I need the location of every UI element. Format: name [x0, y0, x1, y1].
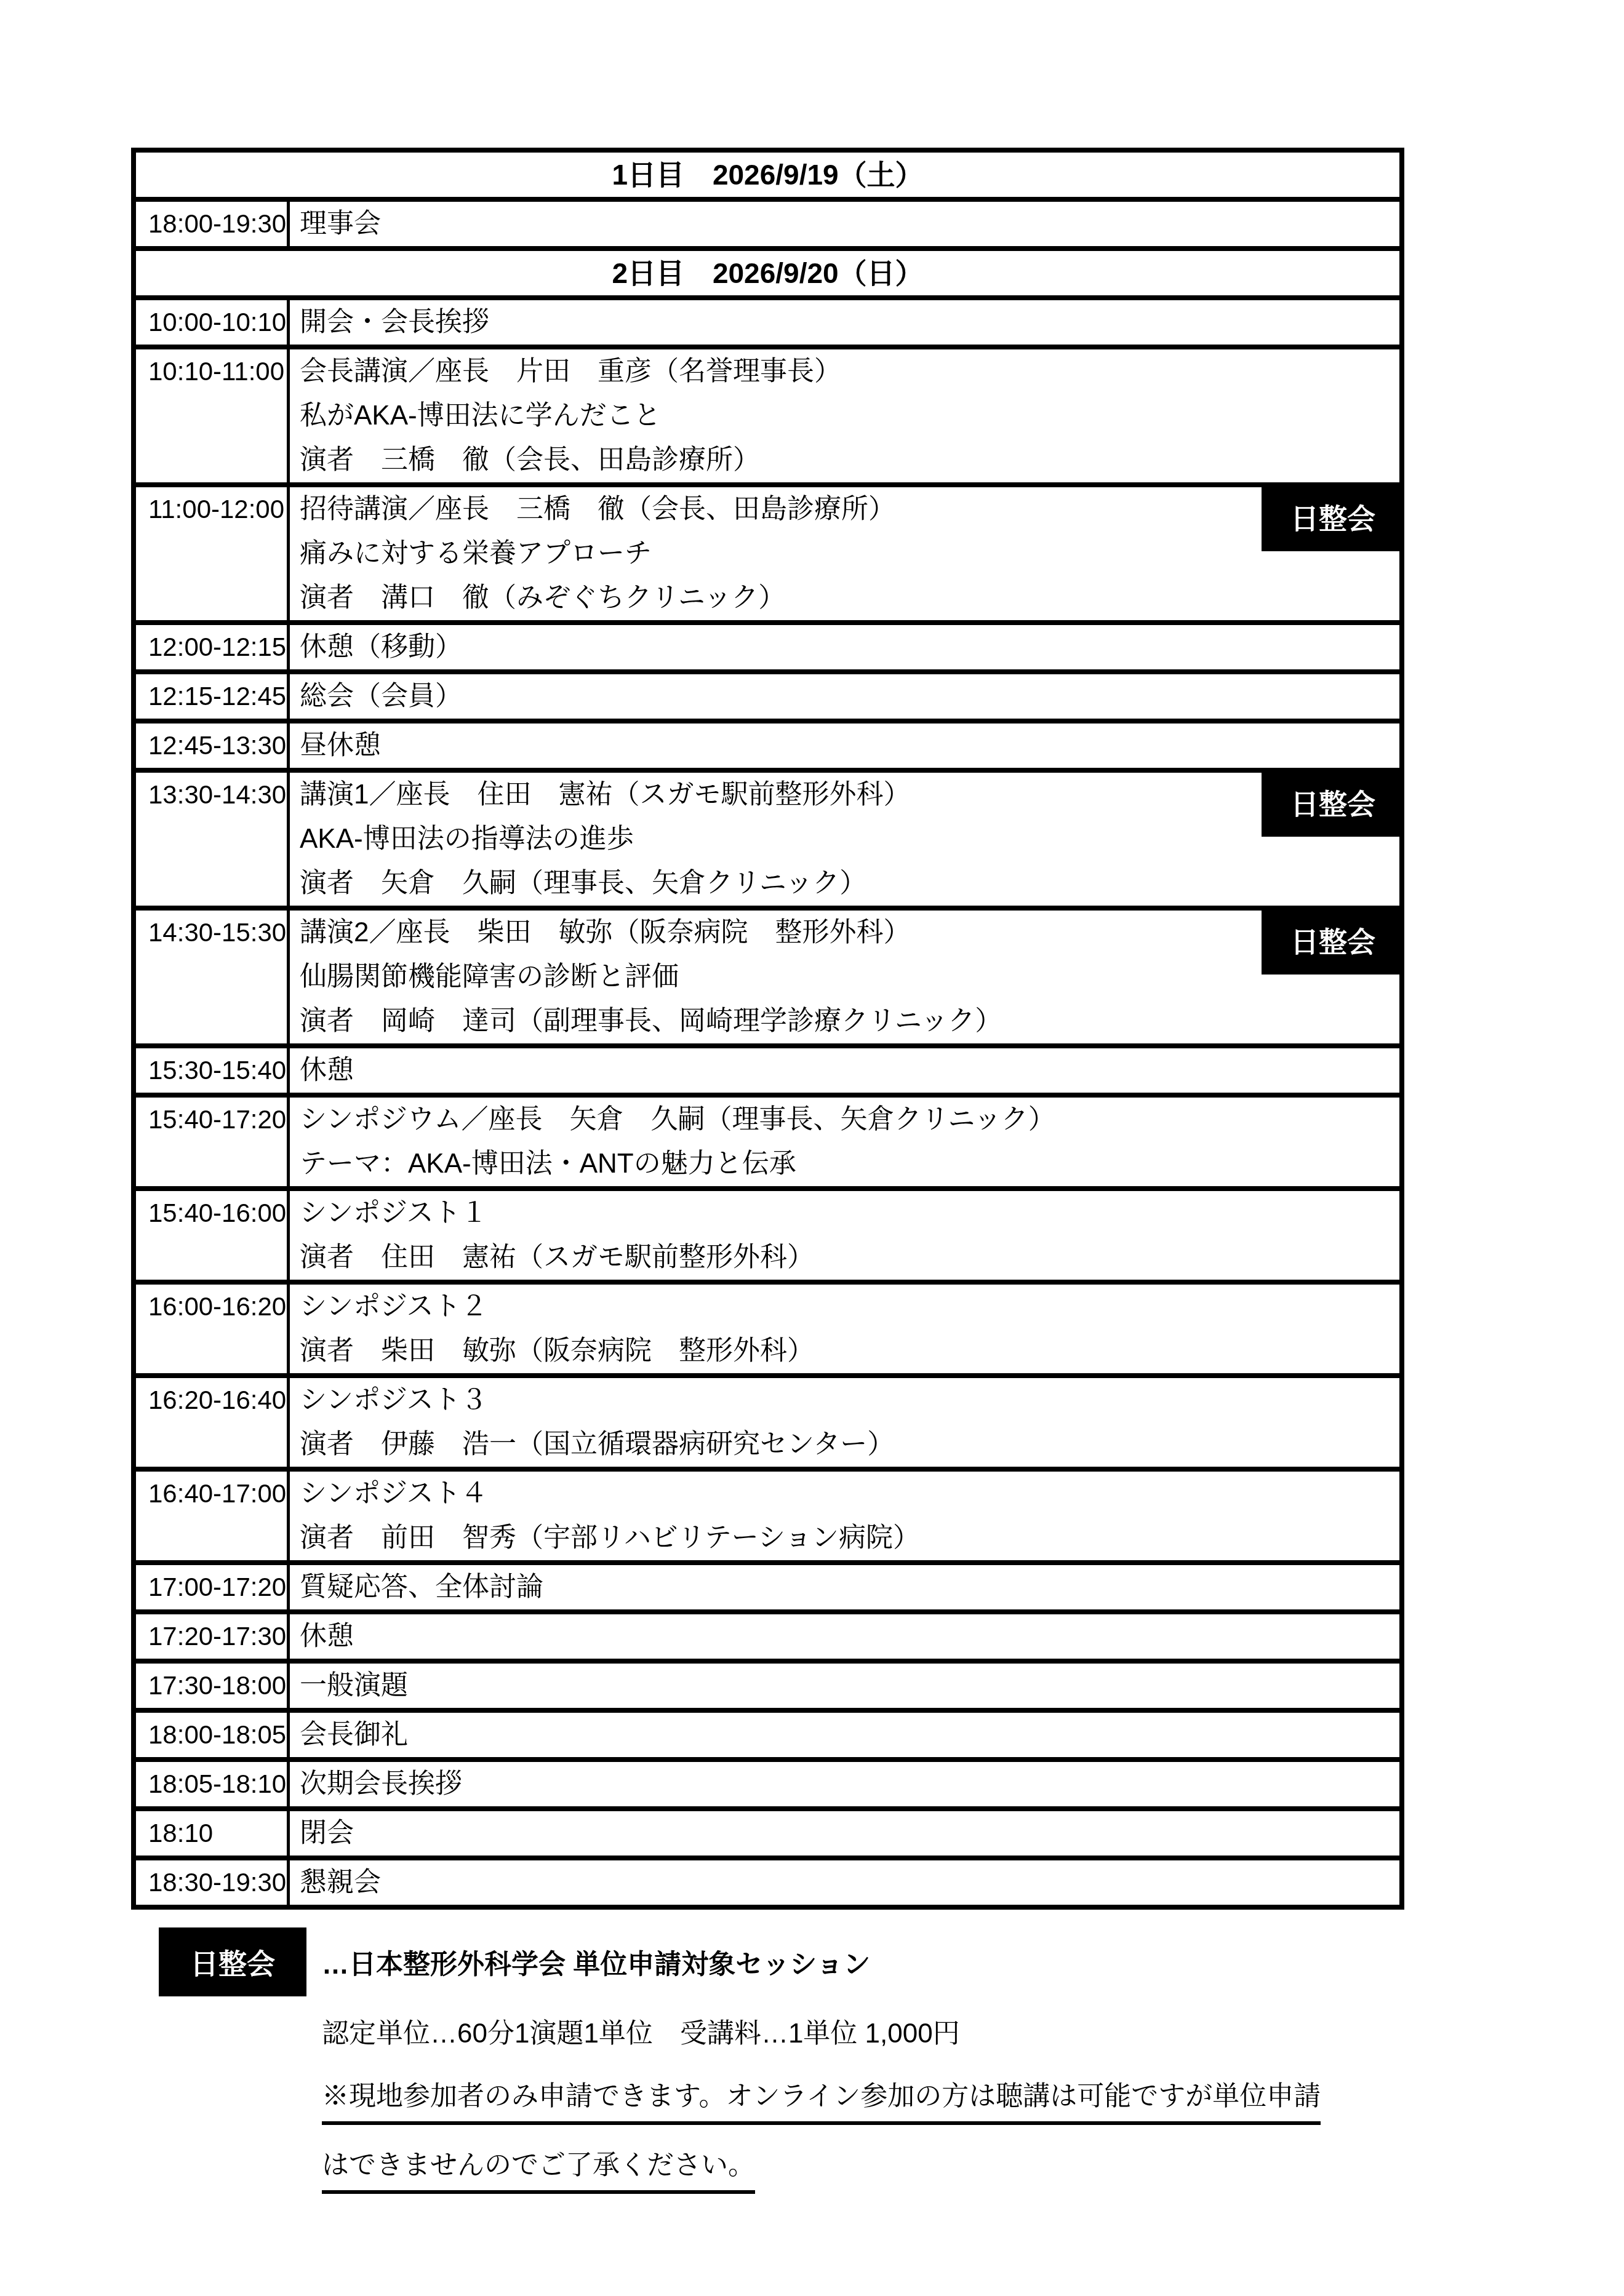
content-cell: 開会・会長挨拶 [290, 300, 1399, 345]
content-cell: 一般演題 [290, 1664, 1399, 1708]
time-cell: 12:15-12:45 [136, 674, 290, 719]
content-cell: 理事会 [290, 202, 1399, 246]
session-line: 演者 溝口 徹（みぞぐちクリニック） [300, 576, 1399, 620]
time-cell: 15:40-16:00 [136, 1191, 290, 1280]
content-cell: 昼休憩 [290, 723, 1399, 768]
session-line: 演者 岡崎 達司（副理事長、岡崎理学診療クリニック） [300, 999, 1399, 1043]
session-line: 休憩 [300, 1048, 1399, 1093]
content-cell: 講演1／座長 住田 憲祐（スガモ駅前整形外科）AKA-博田法の指導法の進歩演者 … [290, 773, 1399, 906]
time-cell: 18:00-19:30 [136, 202, 290, 246]
session-line: 演者 伊藤 浩一（国立循環器病研究センター） [300, 1422, 1399, 1467]
day-header-row: 2日目 2026/9/20（日） [136, 251, 1399, 300]
session-line: テーマ：AKA-博田法・ANTの魅力と伝承 [300, 1142, 1399, 1186]
page: { "schedule": { "badge_label": "日整会", "r… [0, 0, 1624, 2296]
session-line: 演者 住田 憲祐（スガモ駅前整形外科） [300, 1235, 1399, 1280]
time-cell: 16:00-16:20 [136, 1285, 290, 1373]
legend-credit-text: 認定単位…60分1演題1単位 受講料…1単位 1,000円 [322, 2011, 960, 2051]
session-line: 演者 矢倉 久嗣（理事長、矢倉クリニック） [300, 861, 1399, 906]
session-line: 休憩 [300, 1614, 1399, 1659]
content-cell: 総会（会員） [290, 674, 1399, 719]
schedule-row: 10:00-10:10開会・会長挨拶 [136, 300, 1399, 349]
content-cell: 休憩 [290, 1614, 1399, 1659]
session-line: シンポジスト２ [300, 1285, 1399, 1329]
time-cell: 12:00-12:15 [136, 625, 290, 669]
legend-nichi-seikai-badge: 日整会 [159, 1927, 306, 1996]
content-cell: 休憩 [290, 1048, 1399, 1093]
time-cell: 17:30-18:00 [136, 1664, 290, 1708]
content-cell: シンポジウム／座長 矢倉 久嗣（理事長、矢倉クリニック）テーマ：AKA-博田法・… [290, 1098, 1399, 1186]
time-cell: 16:40-17:00 [136, 1472, 290, 1560]
content-cell: 次期会長挨拶 [290, 1762, 1399, 1806]
session-line: 一般演題 [300, 1664, 1399, 1708]
session-line: シンポジスト１ [300, 1191, 1399, 1235]
legend-note-line-2: はできませんのでご了承ください。 [322, 2134, 1321, 2203]
schedule-row: 15:30-15:40休憩 [136, 1048, 1399, 1098]
session-line: 開会・会長挨拶 [300, 300, 1399, 345]
session-line: 仙腸関節機能障害の診断と評価 [300, 955, 1399, 999]
session-line: 質疑応答、全体討論 [300, 1565, 1399, 1609]
schedule-row: 12:15-12:45総会（会員） [136, 674, 1399, 723]
session-line: シンポジウム／座長 矢倉 久嗣（理事長、矢倉クリニック） [300, 1098, 1399, 1142]
content-cell: 招待講演／座長 三橋 徹（会長、田島診療所）痛みに対する栄養アプローチ演者 溝口… [290, 487, 1399, 620]
schedule-row: 18:00-18:05会長御礼 [136, 1713, 1399, 1762]
schedule-row: 12:00-12:15休憩（移動） [136, 625, 1399, 674]
content-cell: シンポジスト１演者 住田 憲祐（スガモ駅前整形外科） [290, 1191, 1399, 1280]
session-line: 昼休憩 [300, 723, 1399, 768]
schedule-row: 18:10閉会 [136, 1811, 1399, 1860]
schedule-row: 14:30-15:30講演2／座長 柴田 敏弥（阪奈病院 整形外科）仙腸関節機能… [136, 911, 1399, 1048]
schedule-row: 18:30-19:30懇親会 [136, 1860, 1399, 1905]
time-cell: 16:20-16:40 [136, 1378, 290, 1467]
schedule-row: 16:00-16:20シンポジスト２演者 柴田 敏弥（阪奈病院 整形外科） [136, 1285, 1399, 1378]
nichi-seikai-badge: 日整会 [1262, 768, 1404, 837]
session-line: 閉会 [300, 1811, 1399, 1856]
schedule-row: 18:00-19:30理事会 [136, 202, 1399, 251]
schedule-row: 10:10-11:00会長講演／座長 片田 重彦（名誉理事長）私がAKA-博田法… [136, 349, 1399, 487]
session-line: 休憩（移動） [300, 625, 1399, 669]
session-line: 痛みに対する栄養アプローチ [300, 532, 1399, 576]
time-cell: 15:40-17:20 [136, 1098, 290, 1186]
time-cell: 10:10-11:00 [136, 349, 290, 482]
content-cell: 休憩（移動） [290, 625, 1399, 669]
schedule-row: 12:45-13:30昼休憩 [136, 723, 1399, 773]
content-cell: 講演2／座長 柴田 敏弥（阪奈病院 整形外科）仙腸関節機能障害の診断と評価演者 … [290, 911, 1399, 1043]
time-cell: 17:20-17:30 [136, 1614, 290, 1659]
session-line: AKA-博田法の指導法の進歩 [300, 817, 1399, 861]
time-cell: 18:30-19:30 [136, 1860, 290, 1905]
schedule-row: 17:30-18:00一般演題 [136, 1664, 1399, 1713]
legend-note-text-1: ※現地参加者のみ申請できます。オンライン参加の方は聴講は可能ですが単位申請 [322, 2075, 1321, 2125]
legend-note-text-2: はできませんのでご了承ください。 [322, 2143, 755, 2194]
time-cell: 13:30-14:30 [136, 773, 290, 906]
time-cell: 18:00-18:05 [136, 1713, 290, 1757]
session-line: 総会（会員） [300, 674, 1399, 719]
legend: …日本整形外科学会 単位申請対象セッション 認定単位…60分1演題1単位 受講料… [322, 1927, 1321, 2203]
content-cell: 会長講演／座長 片田 重彦（名誉理事長）私がAKA-博田法に学んだこと演者 三橋… [290, 349, 1399, 482]
schedule-row: 15:40-16:00シンポジスト１演者 住田 憲祐（スガモ駅前整形外科） [136, 1191, 1399, 1285]
time-cell: 14:30-15:30 [136, 911, 290, 1043]
schedule-row: 15:40-17:20シンポジウム／座長 矢倉 久嗣（理事長、矢倉クリニック）テ… [136, 1098, 1399, 1191]
session-line: シンポジスト４ [300, 1472, 1399, 1516]
legend-credit-line: 認定単位…60分1演題1単位 受講料…1単位 1,000円 [322, 1996, 1321, 2065]
time-cell: 15:30-15:40 [136, 1048, 290, 1093]
session-line: 次期会長挨拶 [300, 1762, 1399, 1806]
schedule-row: 11:00-12:00招待講演／座長 三橋 徹（会長、田島診療所）痛みに対する栄… [136, 487, 1399, 625]
session-line: 招待講演／座長 三橋 徹（会長、田島診療所） [300, 487, 1399, 532]
legend-title: …日本整形外科学会 単位申請対象セッション [322, 1942, 870, 1982]
time-cell: 12:45-13:30 [136, 723, 290, 768]
content-cell: 懇親会 [290, 1860, 1399, 1905]
legend-title-line: …日本整形外科学会 単位申請対象セッション [322, 1927, 1321, 1996]
nichi-seikai-badge: 日整会 [1262, 482, 1404, 551]
session-line: 演者 前田 智秀（宇部リハビリテーション病院） [300, 1516, 1399, 1560]
time-cell: 18:05-18:10 [136, 1762, 290, 1806]
session-line: 理事会 [300, 202, 1399, 246]
content-cell: 閉会 [290, 1811, 1399, 1856]
session-line: 会長講演／座長 片田 重彦（名誉理事長） [300, 349, 1399, 394]
content-cell: シンポジスト３演者 伊藤 浩一（国立循環器病研究センター） [290, 1378, 1399, 1467]
content-cell: 質疑応答、全体討論 [290, 1565, 1399, 1609]
session-line: 私がAKA-博田法に学んだこと [300, 394, 1399, 438]
schedule-row: 16:40-17:00シンポジスト４演者 前田 智秀（宇部リハビリテーション病院… [136, 1472, 1399, 1565]
schedule-row: 16:20-16:40シンポジスト３演者 伊藤 浩一（国立循環器病研究センター） [136, 1378, 1399, 1472]
schedule-row: 13:30-14:30講演1／座長 住田 憲祐（スガモ駅前整形外科）AKA-博田… [136, 773, 1399, 911]
content-cell: 会長御礼 [290, 1713, 1399, 1757]
session-line: 演者 柴田 敏弥（阪奈病院 整形外科） [300, 1329, 1399, 1373]
nichi-seikai-badge: 日整会 [1262, 906, 1404, 975]
session-line: 会長御礼 [300, 1713, 1399, 1757]
schedule-table: 1日目 2026/9/19（土）18:00-19:30理事会2日目 2026/9… [131, 148, 1404, 1910]
session-line: 演者 三橋 徹（会長、田島診療所） [300, 438, 1399, 482]
session-line: 講演2／座長 柴田 敏弥（阪奈病院 整形外科） [300, 911, 1399, 955]
day-header-row: 1日目 2026/9/19（土） [136, 153, 1399, 202]
legend-note-line-1: ※現地参加者のみ申請できます。オンライン参加の方は聴講は可能ですが単位申請 [322, 2065, 1321, 2134]
time-cell: 17:00-17:20 [136, 1565, 290, 1609]
content-cell: シンポジスト２演者 柴田 敏弥（阪奈病院 整形外科） [290, 1285, 1399, 1373]
schedule-row: 17:00-17:20質疑応答、全体討論 [136, 1565, 1399, 1614]
content-cell: シンポジスト４演者 前田 智秀（宇部リハビリテーション病院） [290, 1472, 1399, 1560]
time-cell: 11:00-12:00 [136, 487, 290, 620]
schedule-row: 17:20-17:30休憩 [136, 1614, 1399, 1664]
time-cell: 18:10 [136, 1811, 290, 1856]
time-cell: 10:00-10:10 [136, 300, 290, 345]
schedule-row: 18:05-18:10次期会長挨拶 [136, 1762, 1399, 1811]
session-line: 講演1／座長 住田 憲祐（スガモ駅前整形外科） [300, 773, 1399, 817]
session-line: 懇親会 [300, 1860, 1399, 1905]
session-line: シンポジスト３ [300, 1378, 1399, 1422]
